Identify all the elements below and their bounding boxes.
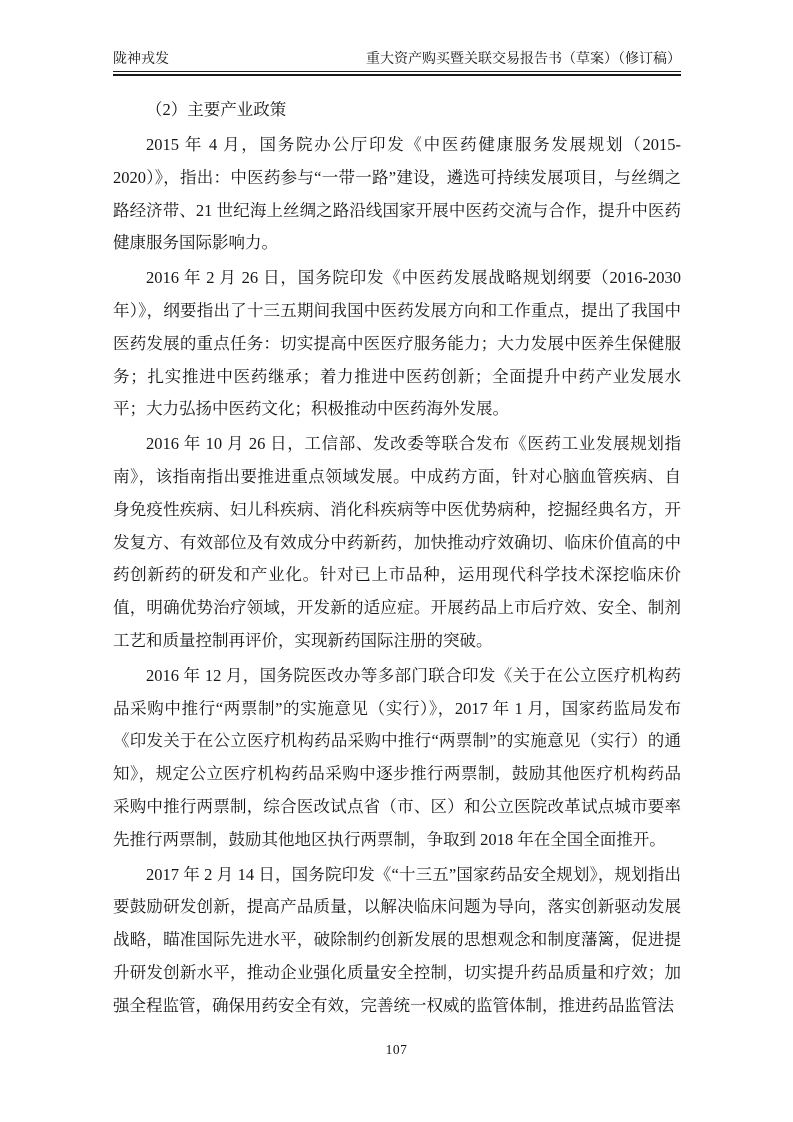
document-page: 陇神戎发 重大资产购买暨关联交易报告书（草案）（修订稿） （2）主要产业政策 2…	[0, 0, 793, 1122]
paragraph-4: 2016 年 12 月，国务院医改办等多部门联合印发《关于在公立医疗机构药品采购…	[113, 660, 681, 857]
document-body: （2）主要产业政策 2015 年 4 月，国务院办公厅印发《中医药健康服务发展规…	[113, 93, 681, 1023]
header-report-title: 重大资产购买暨关联交易报告书（草案）（修订稿）	[366, 50, 681, 69]
header-row: 陇神戎发 重大资产购买暨关联交易报告书（草案）（修订稿）	[113, 0, 681, 69]
paragraph-1: 2015 年 4 月，国务院办公厅印发《中医药健康服务发展规划（2015-202…	[113, 129, 681, 260]
header-rule-thin	[113, 71, 681, 72]
paragraph-2: 2016 年 2 月 26 日，国务院印发《中医药发展战略规划纲要（2016-2…	[113, 262, 681, 426]
page-header: 陇神戎发 重大资产购买暨关联交易报告书（草案）（修订稿）	[113, 0, 681, 76]
page-footer: 107	[0, 1042, 793, 1058]
header-company-name: 陇神戎发	[113, 50, 169, 69]
paragraph-5: 2017 年 2 月 14 日，国务院印发《“十三五”国家药品安全规划》，规划指…	[113, 859, 681, 1023]
section-heading: （2）主要产业政策	[113, 93, 681, 127]
header-rule-thick	[113, 74, 681, 76]
paragraph-3: 2016 年 10 月 26 日，工信部、发改委等联合发布《医药工业发展规划指南…	[113, 428, 681, 658]
page-number: 107	[386, 1042, 408, 1057]
